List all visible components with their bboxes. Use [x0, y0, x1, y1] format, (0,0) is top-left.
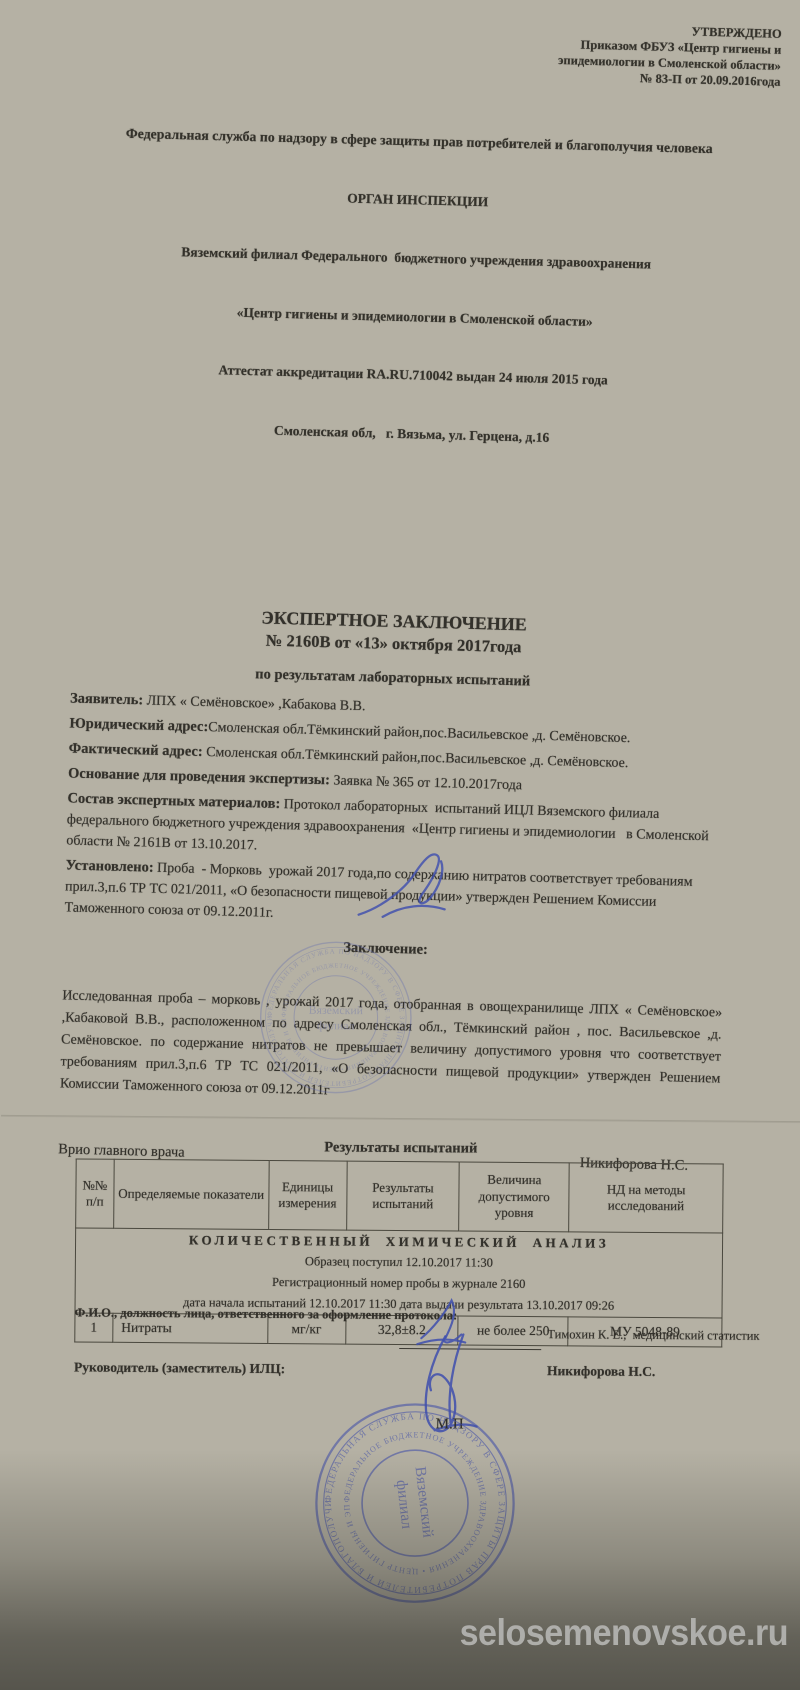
col-header-number: №№ п/п — [76, 1159, 114, 1228]
protocol-officer-label: Ф.И.О., должность лица, ответственного з… — [74, 1305, 457, 1323]
col-header-methods: НД на методы исследований — [569, 1163, 723, 1233]
site-watermark: selosemenovskoe.ru — [460, 1612, 788, 1654]
stamp-center-line1: Вяземский — [309, 1003, 364, 1017]
ilc-head-label: Руководитель (заместитель) ИЛЦ: — [74, 1359, 285, 1377]
svg-text:ФЕДЕРАЛЬНОЕ БЮДЖЕТНОЕ УЧРЕЖДЕН: ФЕДЕРАЛЬНОЕ БЮДЖЕТНОЕ УЧРЕЖДЕНИЕ ЗДРАВОО… — [255, 937, 391, 1073]
svg-text:ФЕДЕРАЛЬНАЯ СЛУЖБА ПО НАДЗОРУ: ФЕДЕРАЛЬНАЯ СЛУЖБА ПО НАДЗОРУ В СФЕРЕ ЗА… — [309, 1397, 508, 1596]
results-title: Результаты испытаний — [1, 1137, 800, 1160]
col-header-limit: Величина допустимого уровня — [459, 1162, 569, 1232]
svg-text:ФЕДЕРАЛЬНАЯ СЛУЖБА ПО НАДЗОРУ: ФЕДЕРАЛЬНАЯ СЛУЖБА ПО НАДЗОРУ В СФЕРЕ ЗА… — [255, 937, 406, 1088]
signature-line — [399, 1348, 541, 1350]
stamp-ring-text-outer: ФЕДЕРАЛЬНАЯ СЛУЖБА ПО НАДЗОРУ В СФЕРЕ ЗА… — [255, 937, 406, 1088]
stamp-center-line2: филиал — [393, 1479, 416, 1530]
document-photo: УТВЕРЖДЕНО Приказом ФБУЗ «Центр гигиены … — [0, 0, 800, 1690]
seal-place-mark: М.П — [436, 1416, 464, 1433]
protocol-officer-name: Тимохин К. Е., медицинский статистик — [547, 1327, 759, 1344]
stamp-center-line2: филиал — [317, 1018, 355, 1032]
signature-scribble-chief — [353, 845, 454, 926]
stamp-ring-text-outer: ФЕДЕРАЛЬНАЯ СЛУЖБА ПО НАДЗОРУ В СФЕРЕ ЗА… — [309, 1397, 508, 1596]
round-stamp-upper: ФЕДЕРАЛЬНАЯ СЛУЖБА ПО НАДЗОРУ В СФЕРЕ ЗА… — [255, 937, 416, 1098]
table-header-row: №№ п/п Определяемые показатели Единицы и… — [76, 1159, 724, 1233]
col-header-results: Результаты испытаний — [346, 1161, 459, 1231]
stamp-ring-text-inner: ФЕДЕРАЛЬНОЕ БЮДЖЕТНОЕ УЧРЕЖДЕНИЕ ЗДРАВОО… — [255, 937, 391, 1073]
document-lower-section: ФЕДЕРАЛЬНАЯ СЛУЖБА ПО НАДЗОРУ В СФЕРЕ ЗА… — [0, 0, 800, 1690]
stamp-center-line1: Вяземский — [412, 1466, 437, 1539]
paper-crease — [1, 1115, 800, 1123]
round-stamp-lower: ФЕДЕРАЛЬНАЯ СЛУЖБА ПО НАДЗОРУ В СФЕРЕ ЗА… — [309, 1397, 521, 1609]
ilc-head-name: Никифорова Н.С. — [547, 1363, 655, 1380]
col-header-units: Единицы измерения — [268, 1160, 346, 1230]
col-header-indicators: Определяемые показатели — [114, 1159, 269, 1229]
